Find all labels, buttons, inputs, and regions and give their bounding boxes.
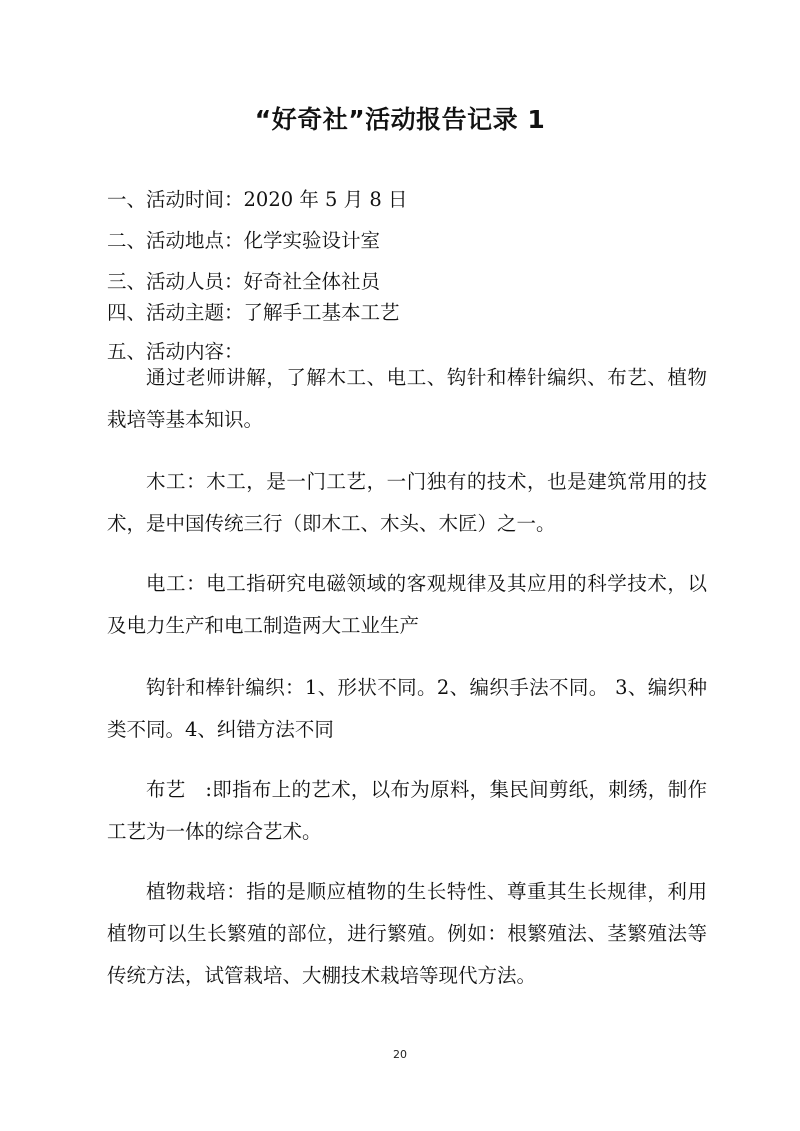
meta-activity-members: 三、活动人员：好奇社全体社员 [107, 269, 380, 295]
meta-label: 四、活动主题： [107, 301, 244, 324]
meta-activity-location: 二、活动地点：化学实验设计室 [107, 228, 380, 254]
meta-label: 二、活动地点： [107, 229, 244, 252]
meta-value: 了解手工基本工艺 [244, 301, 400, 324]
paragraph-intro: 通过老师讲解，了解木工、电工、钩针和棒针编织、布艺、植物栽培等基本知识。 [107, 357, 707, 441]
paragraph-plant-cultivation: 植物栽培：指的是顺应植物的生长特性、尊重其生长规律，利用植物可以生长繁殖的部位，… [107, 871, 707, 997]
document-page: “好奇社”活动报告记录 1 一、活动时间：2020 年 5 月 8 日 二、活动… [0, 0, 800, 1131]
page-title: “好奇社”活动报告记录 1 [0, 100, 800, 136]
page-number: 20 [0, 1048, 800, 1061]
paragraph-woodwork: 木工：木工，是一门工艺，一门独有的技术，也是建筑常用的技术，是中国传统三行（即木… [107, 461, 707, 545]
paragraph-fabric-art: 布艺 :即指布上的艺术，以布为原料，集民间剪纸，刺绣，制作工艺为一体的综合艺术。 [107, 769, 707, 853]
paragraph-knitting: 钩针和棒针编织：1、形状不同。2、编织手法不同。 3、编织种类不同。4、纠错方法… [107, 667, 707, 751]
meta-value: 化学实验设计室 [244, 229, 381, 252]
meta-value: 2020 年 5 月 8 日 [244, 188, 408, 211]
paragraph-electrician: 电工：电工指研究电磁领域的客观规律及其应用的科学技术，以及电力生产和电工制造两大… [107, 563, 707, 647]
meta-activity-theme: 四、活动主题：了解手工基本工艺 [107, 300, 400, 326]
meta-activity-time: 一、活动时间：2020 年 5 月 8 日 [107, 187, 407, 213]
meta-label: 三、活动人员： [107, 270, 244, 293]
meta-label: 一、活动时间： [107, 188, 244, 211]
meta-value: 好奇社全体社员 [244, 270, 381, 293]
